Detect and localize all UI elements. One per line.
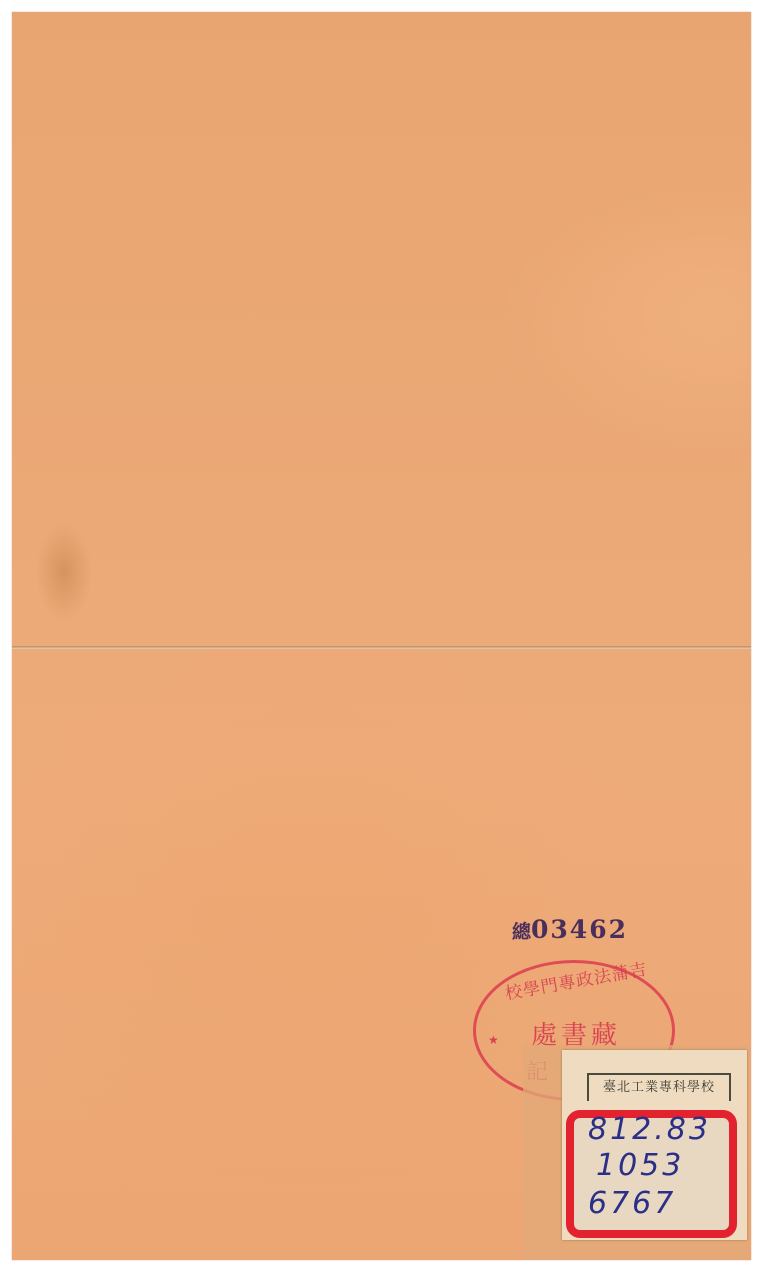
accession-prefix: 總 <box>512 921 531 943</box>
label-header: 臺北工業專科學校 <box>587 1073 731 1101</box>
document-page: 總03462 校學門專政法蒲吉 處書藏 記 ★ 臺北工業專科學校 812.83 … <box>12 12 751 1260</box>
accession-value: 03462 <box>531 915 628 944</box>
stamp-arc-text: 校學門專政法蒲吉 <box>485 952 667 1008</box>
accession-number: 總03462 <box>512 915 628 944</box>
call-number-line-1: 812.83 <box>588 1112 711 1147</box>
call-number-frame: 812.83 1053 6767 <box>566 1110 737 1238</box>
star-icon: ★ <box>488 1033 499 1047</box>
fold-crease <box>12 646 751 649</box>
call-number-line-3: 6767 <box>588 1186 676 1221</box>
call-number-line-2: 1053 <box>596 1148 684 1183</box>
call-number-label: 臺北工業專科學校 812.83 1053 6767 <box>562 1050 747 1240</box>
